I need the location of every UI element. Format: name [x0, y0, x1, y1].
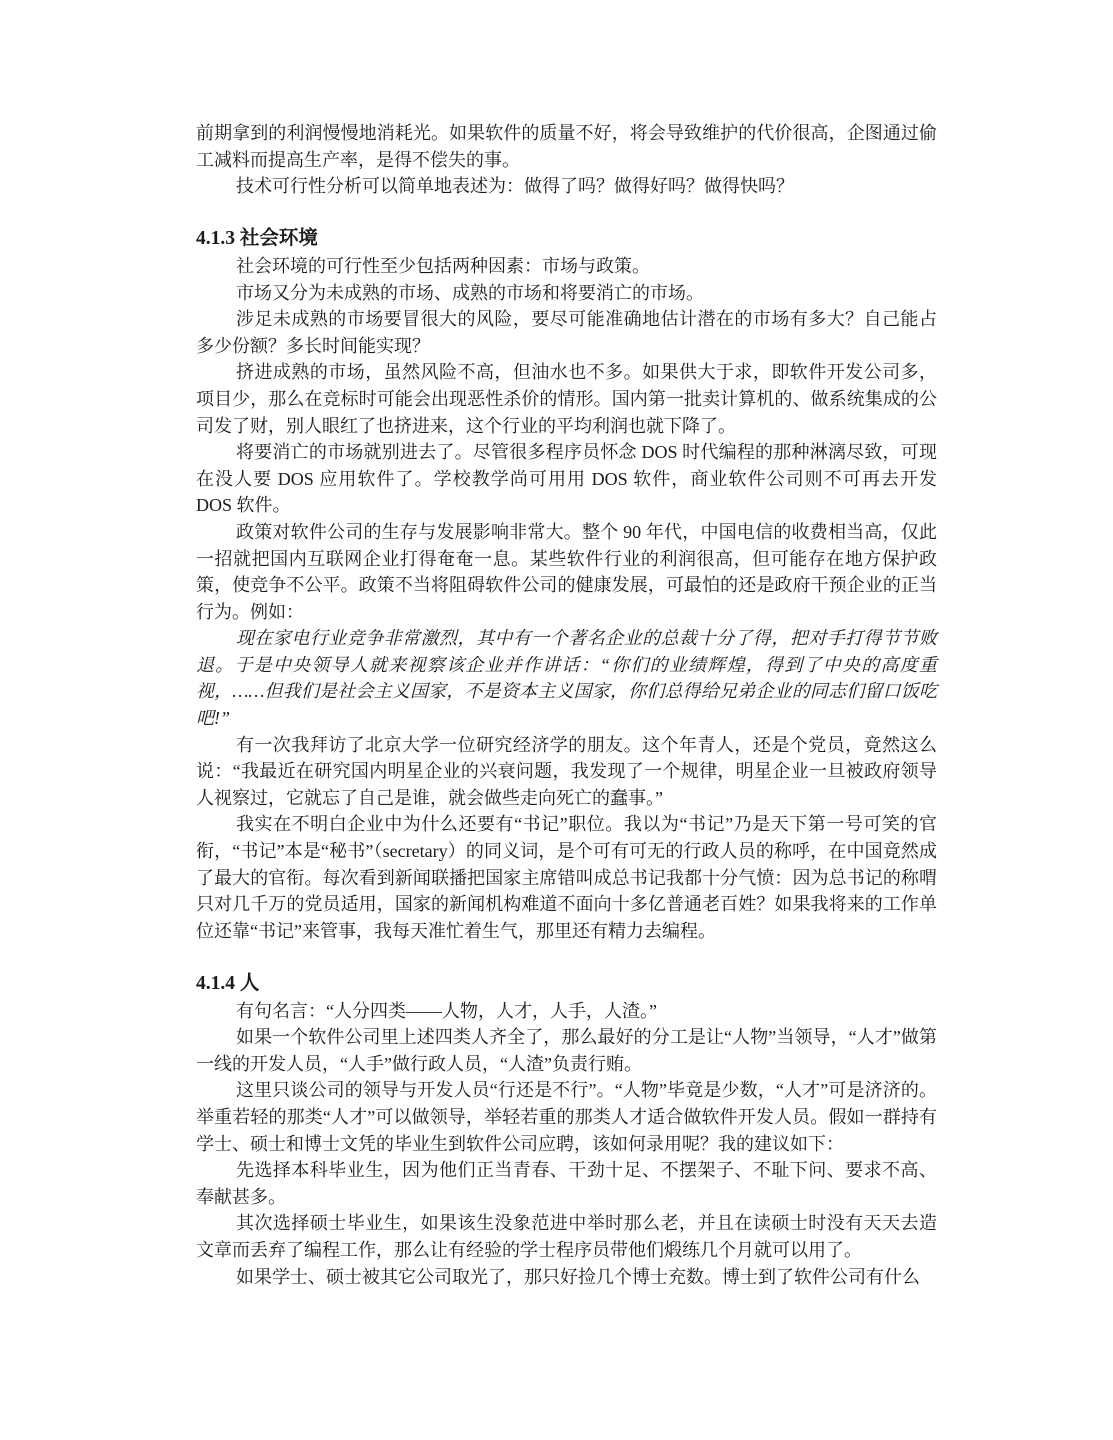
paragraph-continuation: 前期拿到的利润慢慢地消耗光。如果软件的质量不好，将会导致维护的代价很高，企图通过… [196, 120, 937, 173]
paragraph: 如果一个软件公司里上述四类人齐全了，那么最好的分工是让“人物”当领导，“人才”做… [196, 1024, 937, 1077]
section-heading-4-1-4: 4.1.4 人 [196, 971, 937, 998]
paragraph: 有一次我拜访了北京大学一位研究经济学的朋友。这个年青人，还是个党员，竟然这么说：… [196, 732, 937, 812]
section-heading-4-1-3: 4.1.3 社会环境 [196, 226, 937, 253]
document-page: 前期拿到的利润慢慢地消耗光。如果软件的质量不好，将会导致维护的代价很高，企图通过… [0, 0, 1113, 1440]
paragraph: 市场又分为未成熟的市场、成熟的市场和将要消亡的市场。 [196, 280, 937, 307]
paragraph: 先选择本科毕业生，因为他们正当青春、干劲十足、不摆架子、不耻下问、要求不高、奉献… [196, 1157, 937, 1210]
paragraph-last-truncated: 如果学士、硕士被其它公司取光了，那只好捡几个博士充数。博士到了软件公司有什么 [196, 1264, 937, 1291]
paragraph: 有句名言：“人分四类——人物，人才，人手，人渣。” [196, 998, 937, 1025]
paragraph: 社会环境的可行性至少包括两种因素：市场与政策。 [196, 253, 937, 280]
paragraph: 挤进成熟的市场，虽然风险不高，但油水也不多。如果供大于求，即软件开发公司多，项目… [196, 359, 937, 439]
paragraph: 我实在不明白企业中为什么还要有“书记”职位。我以为“书记”乃是天下第一号可笑的官… [196, 811, 937, 944]
paragraph: 涉足未成熟的市场要冒很大的风险，要尽可能准确地估计潜在的市场有多大？自己能占多少… [196, 306, 937, 359]
paragraph: 技术可行性分析可以简单地表述为：做得了吗？做得好吗？做得快吗？ [196, 173, 937, 200]
paragraph: 政策对软件公司的生存与发展影响非常大。整个 90 年代，中国电信的收费相当高，仅… [196, 519, 937, 625]
paragraph: 其次选择硕士毕业生，如果该生没象范进中举时那么老，并且在读硕士时没有天天去造文章… [196, 1210, 937, 1263]
paragraph: 这里只谈公司的领导与开发人员“行还是不行”。“人物”毕竟是少数，“人才”可是济济… [196, 1077, 937, 1157]
paragraph-quote-anecdote: 现在家电行业竞争非常激烈，其中有一个著名企业的总裁十分了得，把对手打得节节败退。… [196, 625, 937, 731]
paragraph: 将要消亡的市场就别进去了。尽管很多程序员怀念 DOS 时代编程的那种淋漓尽致，可… [196, 439, 937, 519]
